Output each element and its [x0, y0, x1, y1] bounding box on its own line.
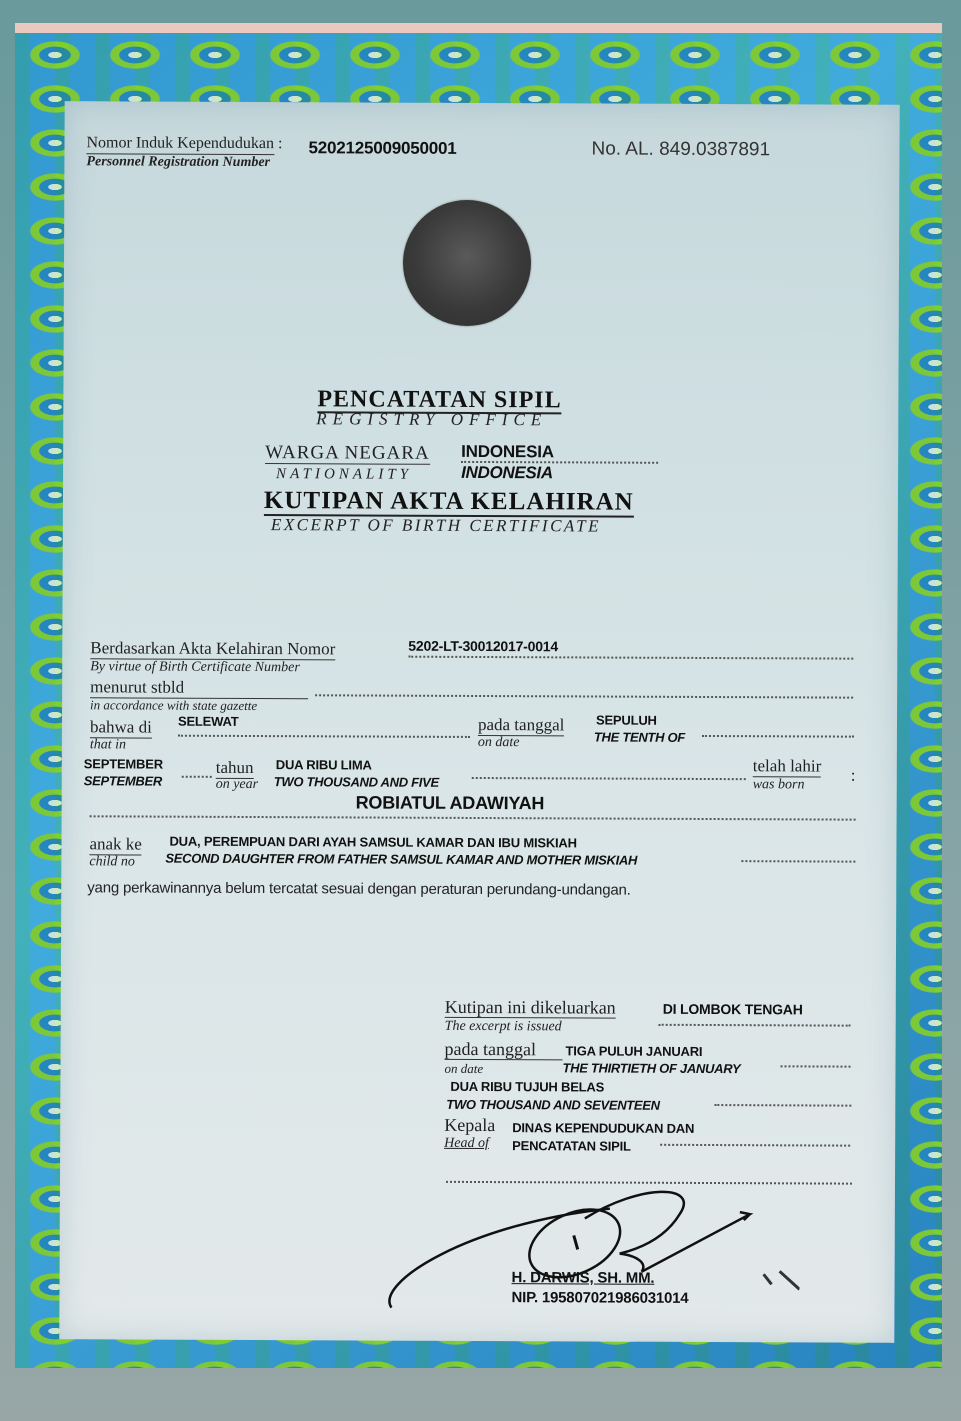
garuda-emblem-icon: [403, 200, 531, 326]
signatory-name: H. DARWIS, SH. MM.: [512, 1269, 655, 1287]
month-value: SEPTEMBER: [84, 756, 163, 771]
signatory-nip: NIP. 195807021986031014: [511, 1289, 688, 1307]
child-name-line: [90, 815, 856, 820]
year-value: DUA RIBU LIMA: [276, 757, 372, 772]
nik-label: Nomor Induk Kependudukan: [86, 134, 274, 155]
child-no-value-en: SECOND DAUGHTER FROM FATHER SAMSUL KAMAR…: [165, 851, 637, 868]
issue-date-label: pada tanggal: [445, 1040, 563, 1061]
nationality-value: INDONESIA: [461, 442, 554, 462]
year-value-en: TWO THOUSAND AND FIVE: [274, 774, 439, 790]
serial-number: No. AL. 849.0387891: [591, 138, 770, 161]
stbld-line: [315, 694, 853, 698]
nik-value: 5202125009050001: [308, 138, 456, 159]
child-no-label: anak ke: [89, 835, 141, 855]
head-value: DINAS KEPENDUDUKAN DAN: [512, 1120, 694, 1136]
head-label-en: Head of: [444, 1136, 489, 1152]
stbld-label-en: in accordance with state gazette: [90, 697, 257, 714]
nationality-label: WARGA NEGARA: [265, 444, 430, 465]
born-label: telah lahir: [753, 757, 822, 777]
issued-line: [659, 1024, 851, 1027]
date-value: SEPULUH: [596, 713, 657, 728]
place-label: bahwa di: [90, 718, 152, 738]
nik-label-en: Personnel Registration Number: [86, 154, 282, 171]
head-label: Kepala: [444, 1116, 495, 1134]
issued-label: Kutipan ini dikeluarkan: [445, 998, 616, 1019]
nationality-value-en: INDONESIA: [461, 463, 553, 483]
cert-no-value: 5202-LT-30012017-0014: [408, 638, 558, 655]
document-title-en: EXCERPT OF BIRTH CERTIFICATE: [271, 515, 601, 536]
child-no-line: [741, 860, 855, 862]
cert-no-label: Berdasarkan Akta Kelahiran Nomor: [90, 639, 335, 660]
born-colon: :: [851, 767, 856, 785]
nik-block: Nomor Induk Kependudukan : Personnel Reg…: [86, 134, 282, 171]
stbld-label: menurut stbld: [90, 678, 308, 699]
document-title: KUTIPAN AKTA KELAHIRAN: [264, 488, 634, 518]
date-label: pada tanggal: [478, 716, 564, 736]
issue-date-label-en: on date: [444, 1061, 483, 1077]
issue-year-value-en: TWO THOUSAND AND SEVENTEEN: [446, 1097, 660, 1113]
nationality-label-en: NATIONALITY: [276, 466, 412, 484]
office-title-en: REGISTRY OFFICE: [316, 409, 547, 430]
date-line: [702, 735, 854, 738]
child-no-value: DUA, PEREMPUAN DARI AYAH SAMSUL KAMAR DA…: [169, 834, 576, 851]
issue-date-value-en: THE THIRTIETH OF JANUARY: [562, 1060, 740, 1076]
year-label-en: on year: [216, 777, 258, 793]
issued-label-en: The excerpt is issued: [445, 1019, 562, 1036]
date-label-en: on date: [478, 735, 520, 751]
issue-year-value: DUA RIBU TUJUH BELAS: [450, 1079, 604, 1095]
child-name: ROBIATUL ADAWIYAH: [356, 792, 545, 814]
month-line: [182, 776, 212, 778]
place-value: SELEWAT: [178, 714, 239, 729]
issue-date-line: [780, 1065, 850, 1067]
head-line: [660, 1144, 850, 1147]
issue-year-line: [714, 1104, 851, 1107]
cert-no-label-en: By virtue of Birth Certificate Number: [90, 659, 300, 676]
child-no-label-en: child no: [89, 854, 135, 870]
cert-no-line: [408, 656, 853, 660]
place-line: [178, 735, 470, 738]
head-value-2: PENCATATAN SIPIL: [512, 1138, 631, 1154]
date-value-en: THE TENTH OF: [594, 729, 685, 744]
born-label-en: was born: [753, 777, 805, 793]
issued-value: DI LOMBOK TENGAH: [663, 1001, 803, 1018]
issue-date-value: TIGA PULUH JANUARI: [566, 1043, 703, 1059]
place-label-en: that in: [90, 737, 126, 753]
month-value-en: SEPTEMBER: [84, 773, 162, 788]
year-line: [472, 777, 746, 780]
marriage-note: yang perkawinannya belum tercatat sesuai…: [87, 879, 630, 898]
nik-colon: :: [278, 135, 283, 152]
